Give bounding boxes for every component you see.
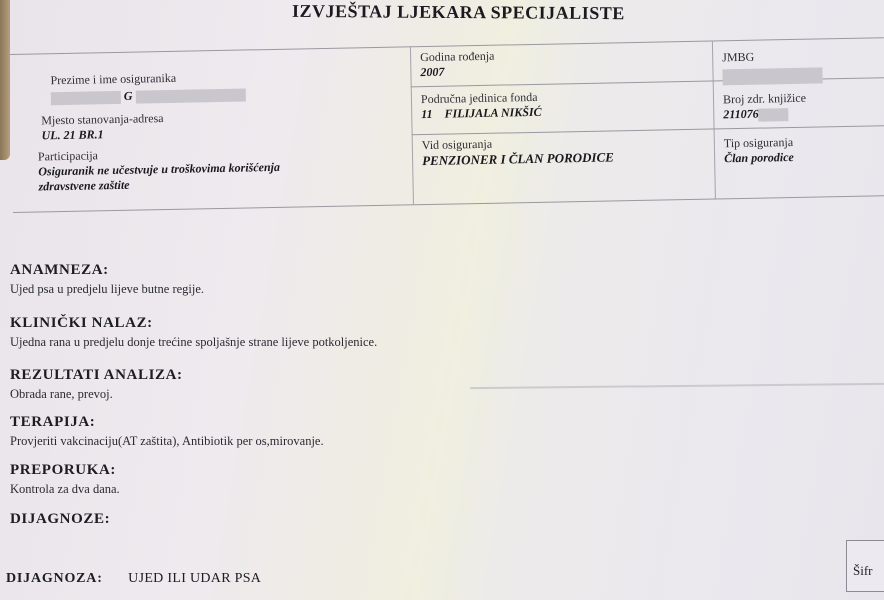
diagnosis-line: DIJAGNOZA: UJED ILI UDAR PSA: [6, 571, 261, 587]
section-text: Ujedna rana u predjelu donje trećine spo…: [10, 335, 377, 350]
address-value: UL. 21 BR.1: [41, 126, 164, 143]
section-text: Kontrola za dva dana.: [10, 482, 120, 497]
insured-name-cell: Prezime i ime osiguranika G: [50, 69, 245, 105]
document-title: IZVJEŠTAJ LJEKARA SPECIJALISTE: [292, 1, 625, 24]
section-dijagnoze: DIJAGNOZE:: [10, 511, 110, 528]
section-heading: KLINIČKI NALAZ:: [10, 315, 377, 332]
diagnosis-value: UJED ILI UDAR PSA: [128, 571, 261, 586]
insurance-type-cell: Tip osiguranja Član porodice: [724, 135, 794, 166]
code-box-label: Šifr: [853, 563, 873, 578]
fund-unit-cell: Područna jedinica fonda 11 FILIJALA NIKŠ…: [421, 90, 542, 122]
health-card-label: Broj zdr. knjižice: [723, 91, 806, 108]
insured-name-label: Prezime i ime osiguranika: [50, 69, 245, 88]
table-border-bottom: [13, 195, 884, 213]
redacted-last-name: [135, 88, 245, 103]
address-cell: Mjesto stanovanja-adresa UL. 21 BR.1: [41, 111, 164, 143]
insurance-kind-value: PENZIONER I ČLAN PORODICE: [422, 149, 614, 169]
section-text: Provjeriti vakcinaciju(AT zaštita), Anti…: [10, 434, 324, 449]
health-card-value: 211076: [723, 106, 806, 123]
section-heading: TERAPIJA:: [10, 414, 324, 431]
redacted-jmbg: [722, 68, 822, 86]
section-heading: PREPORUKA:: [10, 462, 120, 479]
section-text: Ujed psa u predjelu lijeve butne regije.: [10, 282, 204, 297]
section-anamneza: ANAMNEZA: Ujed psa u predjelu lijeve but…: [10, 262, 204, 297]
section-text: Obrada rane, prevoj.: [10, 387, 183, 402]
insurance-type-value: Član porodice: [724, 150, 794, 166]
redacted-first-name: [51, 91, 121, 105]
health-card-cell: Broj zdr. knjižice 211076: [723, 91, 807, 123]
section-heading: ANAMNEZA:: [10, 262, 204, 279]
birth-year-cell: Godina rođenja 2007: [420, 49, 495, 80]
paper-edge-background: [0, 0, 10, 160]
insured-name-value: G: [51, 86, 246, 105]
address-label: Mjesto stanovanja-adresa: [41, 111, 164, 128]
section-terapija: TERAPIJA: Provjeriti vakcinaciju(AT zašt…: [10, 414, 324, 449]
diagnosis-label: DIJAGNOZA:: [6, 571, 103, 586]
table-divider-1: [410, 46, 414, 204]
table-divider-2: [712, 41, 716, 199]
section-rezultati-analiza: REZULTATI ANALIZA: Obrada rane, prevoj.: [10, 367, 183, 402]
insurance-type-label: Tip osiguranja: [724, 135, 794, 151]
birth-year-label: Godina rođenja: [420, 49, 495, 65]
birth-year-value: 2007: [420, 64, 495, 80]
section-heading: DIJAGNOZE:: [10, 511, 110, 528]
section-preporuka: PREPORUKA: Kontrola za dva dana.: [10, 462, 120, 497]
section-klinicki-nalaz: KLINIČKI NALAZ: Ujedna rana u predjelu d…: [10, 315, 377, 350]
table-row-divider-2: [412, 125, 884, 135]
insurance-kind-cell: Vid osiguranja PENZIONER I ČLAN PORODICE: [422, 134, 614, 169]
redacted-health-card-digits: [759, 108, 789, 122]
section-heading: REZULTATI ANALIZA:: [10, 367, 183, 384]
jmbg-cell: JMBG: [722, 48, 823, 86]
participation-cell: Participacija Osiguranik ne učestvuje u …: [38, 145, 281, 195]
paper-fold-line: [470, 383, 884, 389]
participation-value-line2: zdravstvene zaštite: [38, 175, 280, 195]
patient-info-table: Prezime i ime osiguranika G Mjesto stano…: [10, 37, 884, 214]
jmbg-label: JMBG: [722, 48, 822, 65]
fund-unit-value: 11 FILIJALA NIKŠIĆ: [421, 105, 542, 122]
code-box: Šifr: [846, 540, 884, 592]
